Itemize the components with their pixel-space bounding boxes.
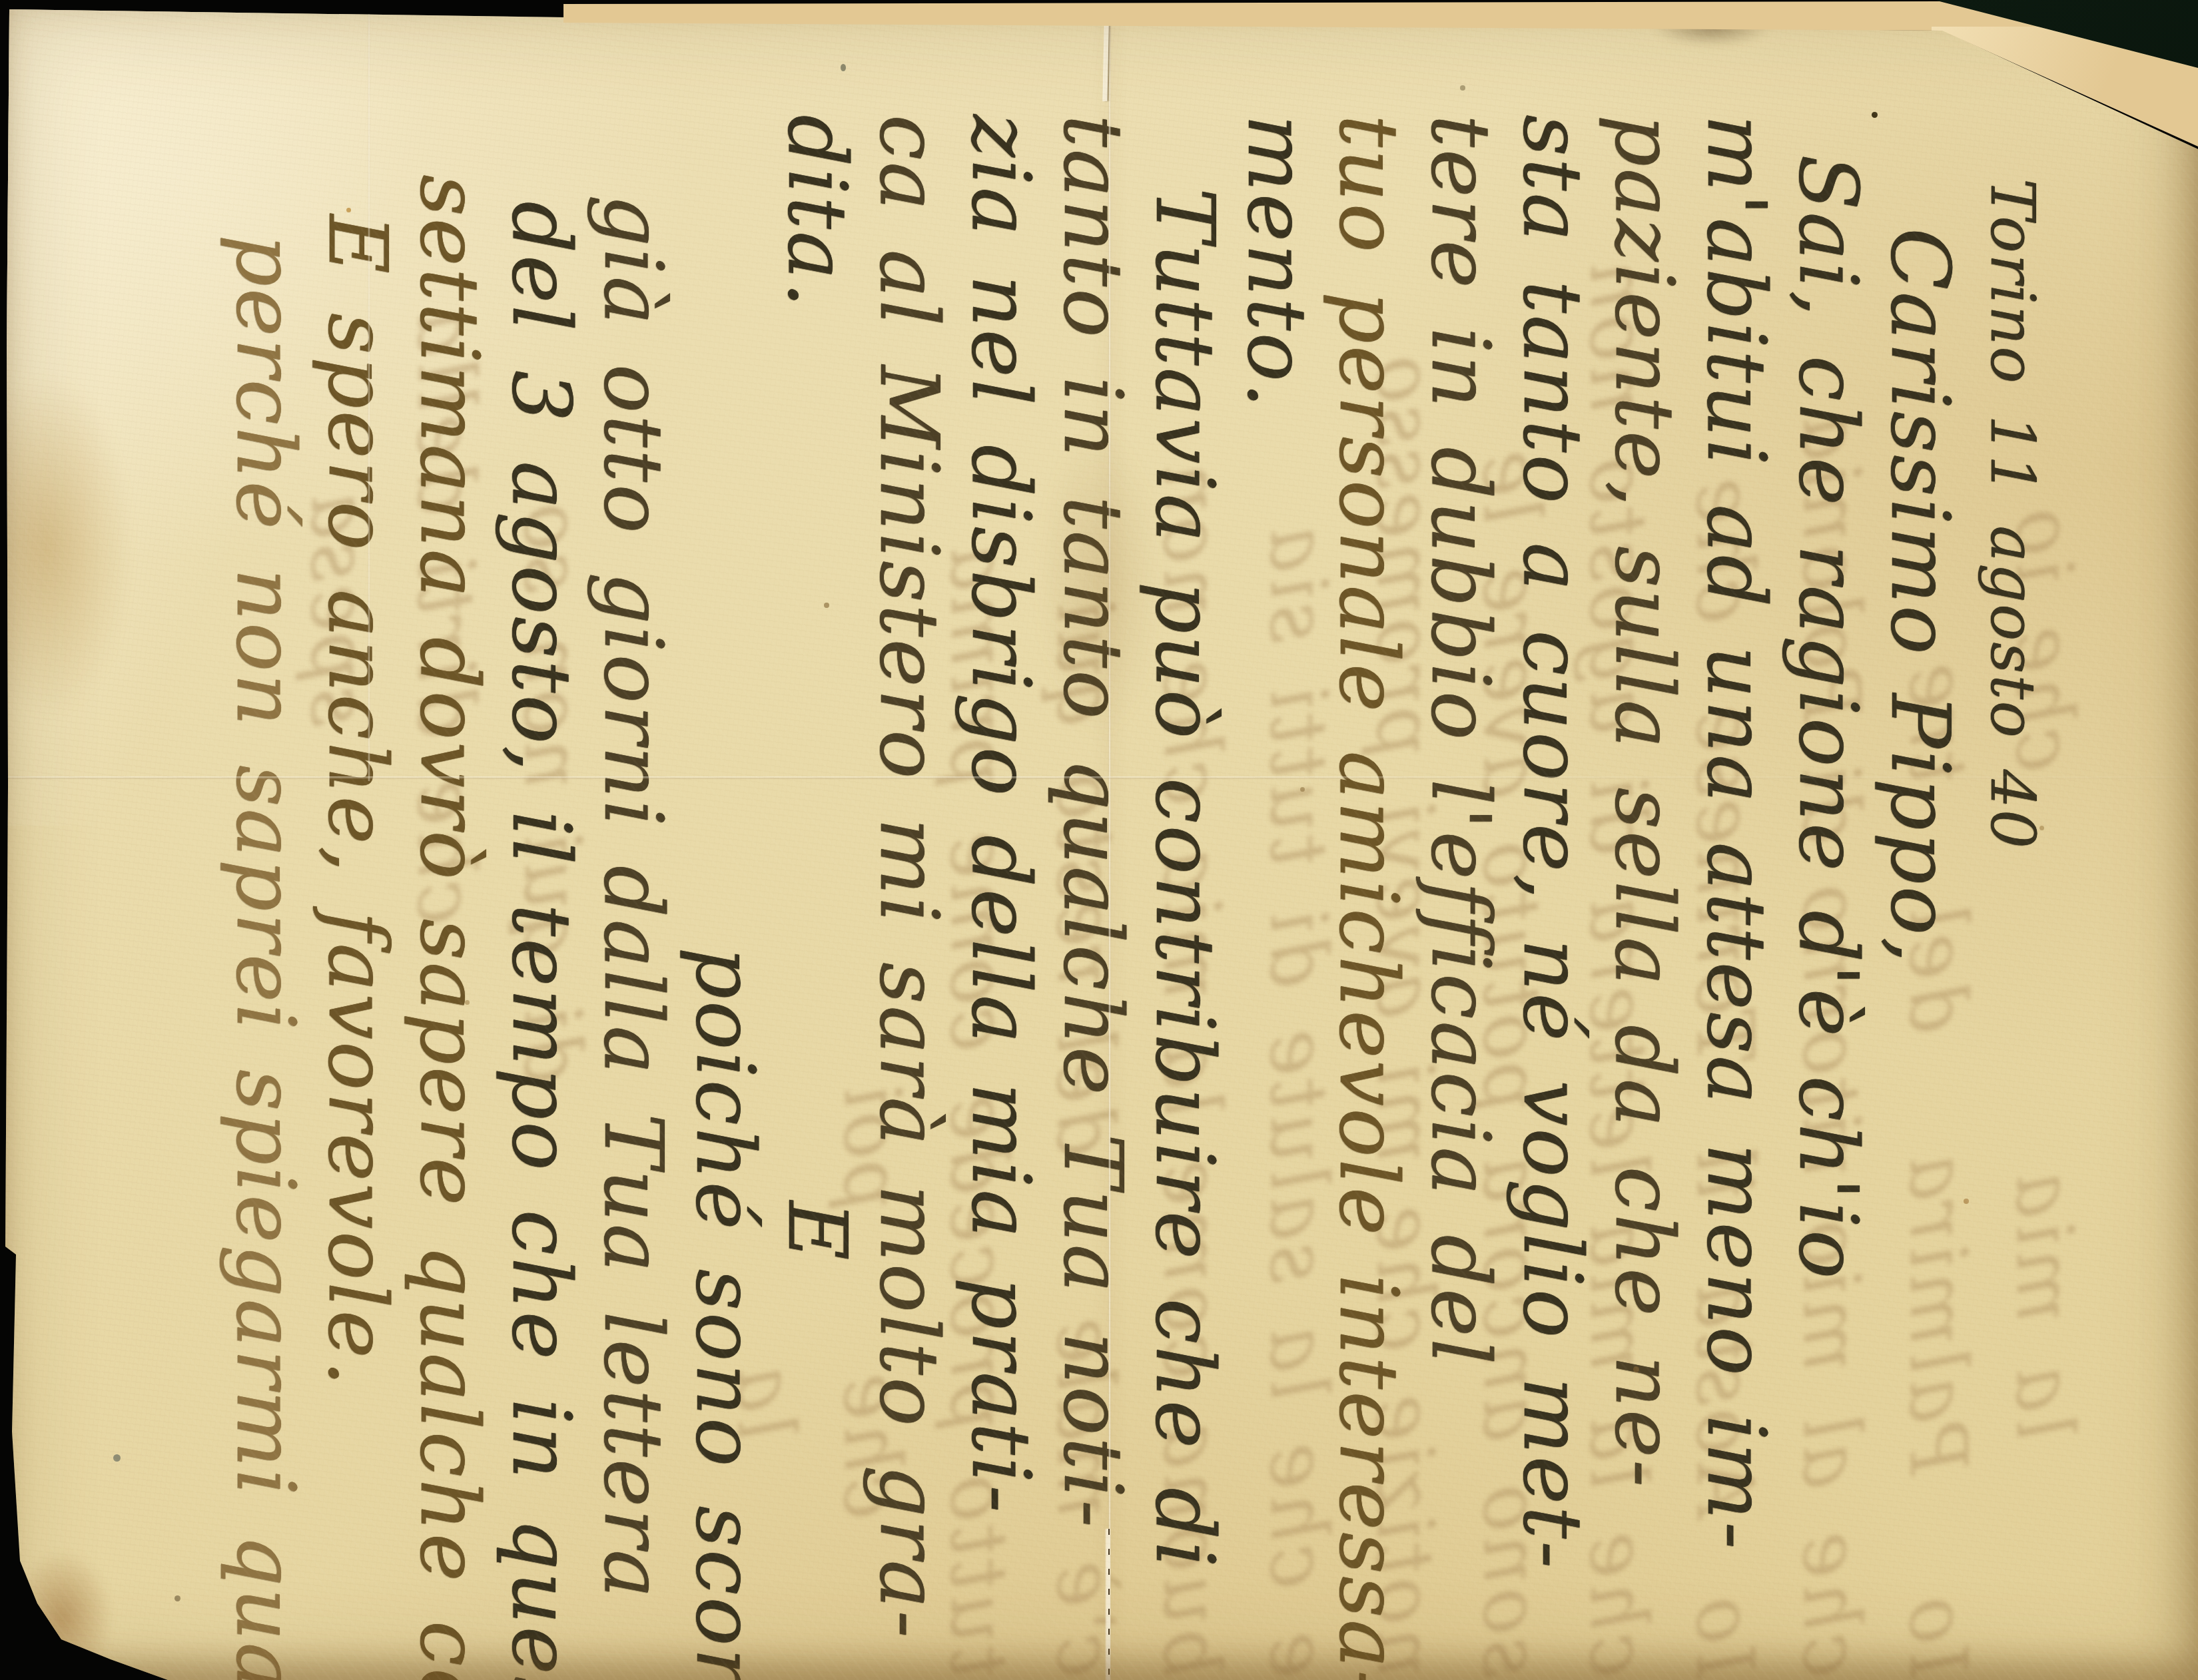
letter-line: dita. E xyxy=(771,115,863,1673)
letter-line: poiché sono scorsi xyxy=(679,115,771,1673)
letter-line: sta tanto a cuore, né voglio met- xyxy=(1507,115,1599,1673)
letter-line: tere in dubbio l'efficacia del xyxy=(1415,115,1507,1673)
letter-line: ca al Ministero mi sarà molto gra- xyxy=(863,115,955,1673)
letter-line: del 3 agosto, il tempo che in questa xyxy=(496,115,587,1673)
paper-chip xyxy=(1,1601,35,1655)
letter-page: la mia che ioIo Palmira del treche al mi… xyxy=(0,0,2198,1680)
letter-line: mento. xyxy=(1231,115,1323,1673)
letter-line: Tuttavia può contribuire che di xyxy=(1139,115,1231,1673)
letter-line: tanto in tanto qualche Tua noti- xyxy=(1047,115,1139,1673)
edge-stain xyxy=(0,373,133,719)
letter-line: m'abitui ad una attesa meno im- xyxy=(1690,115,1782,1673)
fold-crack-bottom xyxy=(1107,1529,1110,1680)
horizontal-fold-crease xyxy=(0,776,2198,779)
letter-line: zia nel disbrigo della mia prati- xyxy=(955,115,1047,1673)
letter-line: già otto giorni dalla Tua lettera xyxy=(587,115,679,1673)
letter-line: paziente, sulla sella da che ne- xyxy=(1599,115,1690,1673)
letter-line: tuo personale amichevole interessa- xyxy=(1323,115,1415,1673)
letter-line: perché non saprei spiegarmi qual- xyxy=(220,115,312,1673)
foxing-speck xyxy=(113,1454,121,1462)
handwriting-layer: Torino 11 agosto 40Carissimo Pippo,Sai, … xyxy=(200,115,2058,1673)
letter-line: settimana dovrò sapere qualche cosa- xyxy=(404,115,496,1673)
scanned-letter-image: la mia che ioIo Palmira del treche al mi… xyxy=(0,0,2198,1680)
letter-line: Torino 11 agosto 40 xyxy=(1966,115,2058,1673)
letter-line: Sai, che ragione d'è ch'io xyxy=(1782,115,1874,1673)
letter-line: Carissimo Pippo, xyxy=(1874,115,1966,1673)
bottom-left-stain xyxy=(12,1551,112,1680)
letter-line: E spero anche, favorevole. xyxy=(312,115,404,1673)
